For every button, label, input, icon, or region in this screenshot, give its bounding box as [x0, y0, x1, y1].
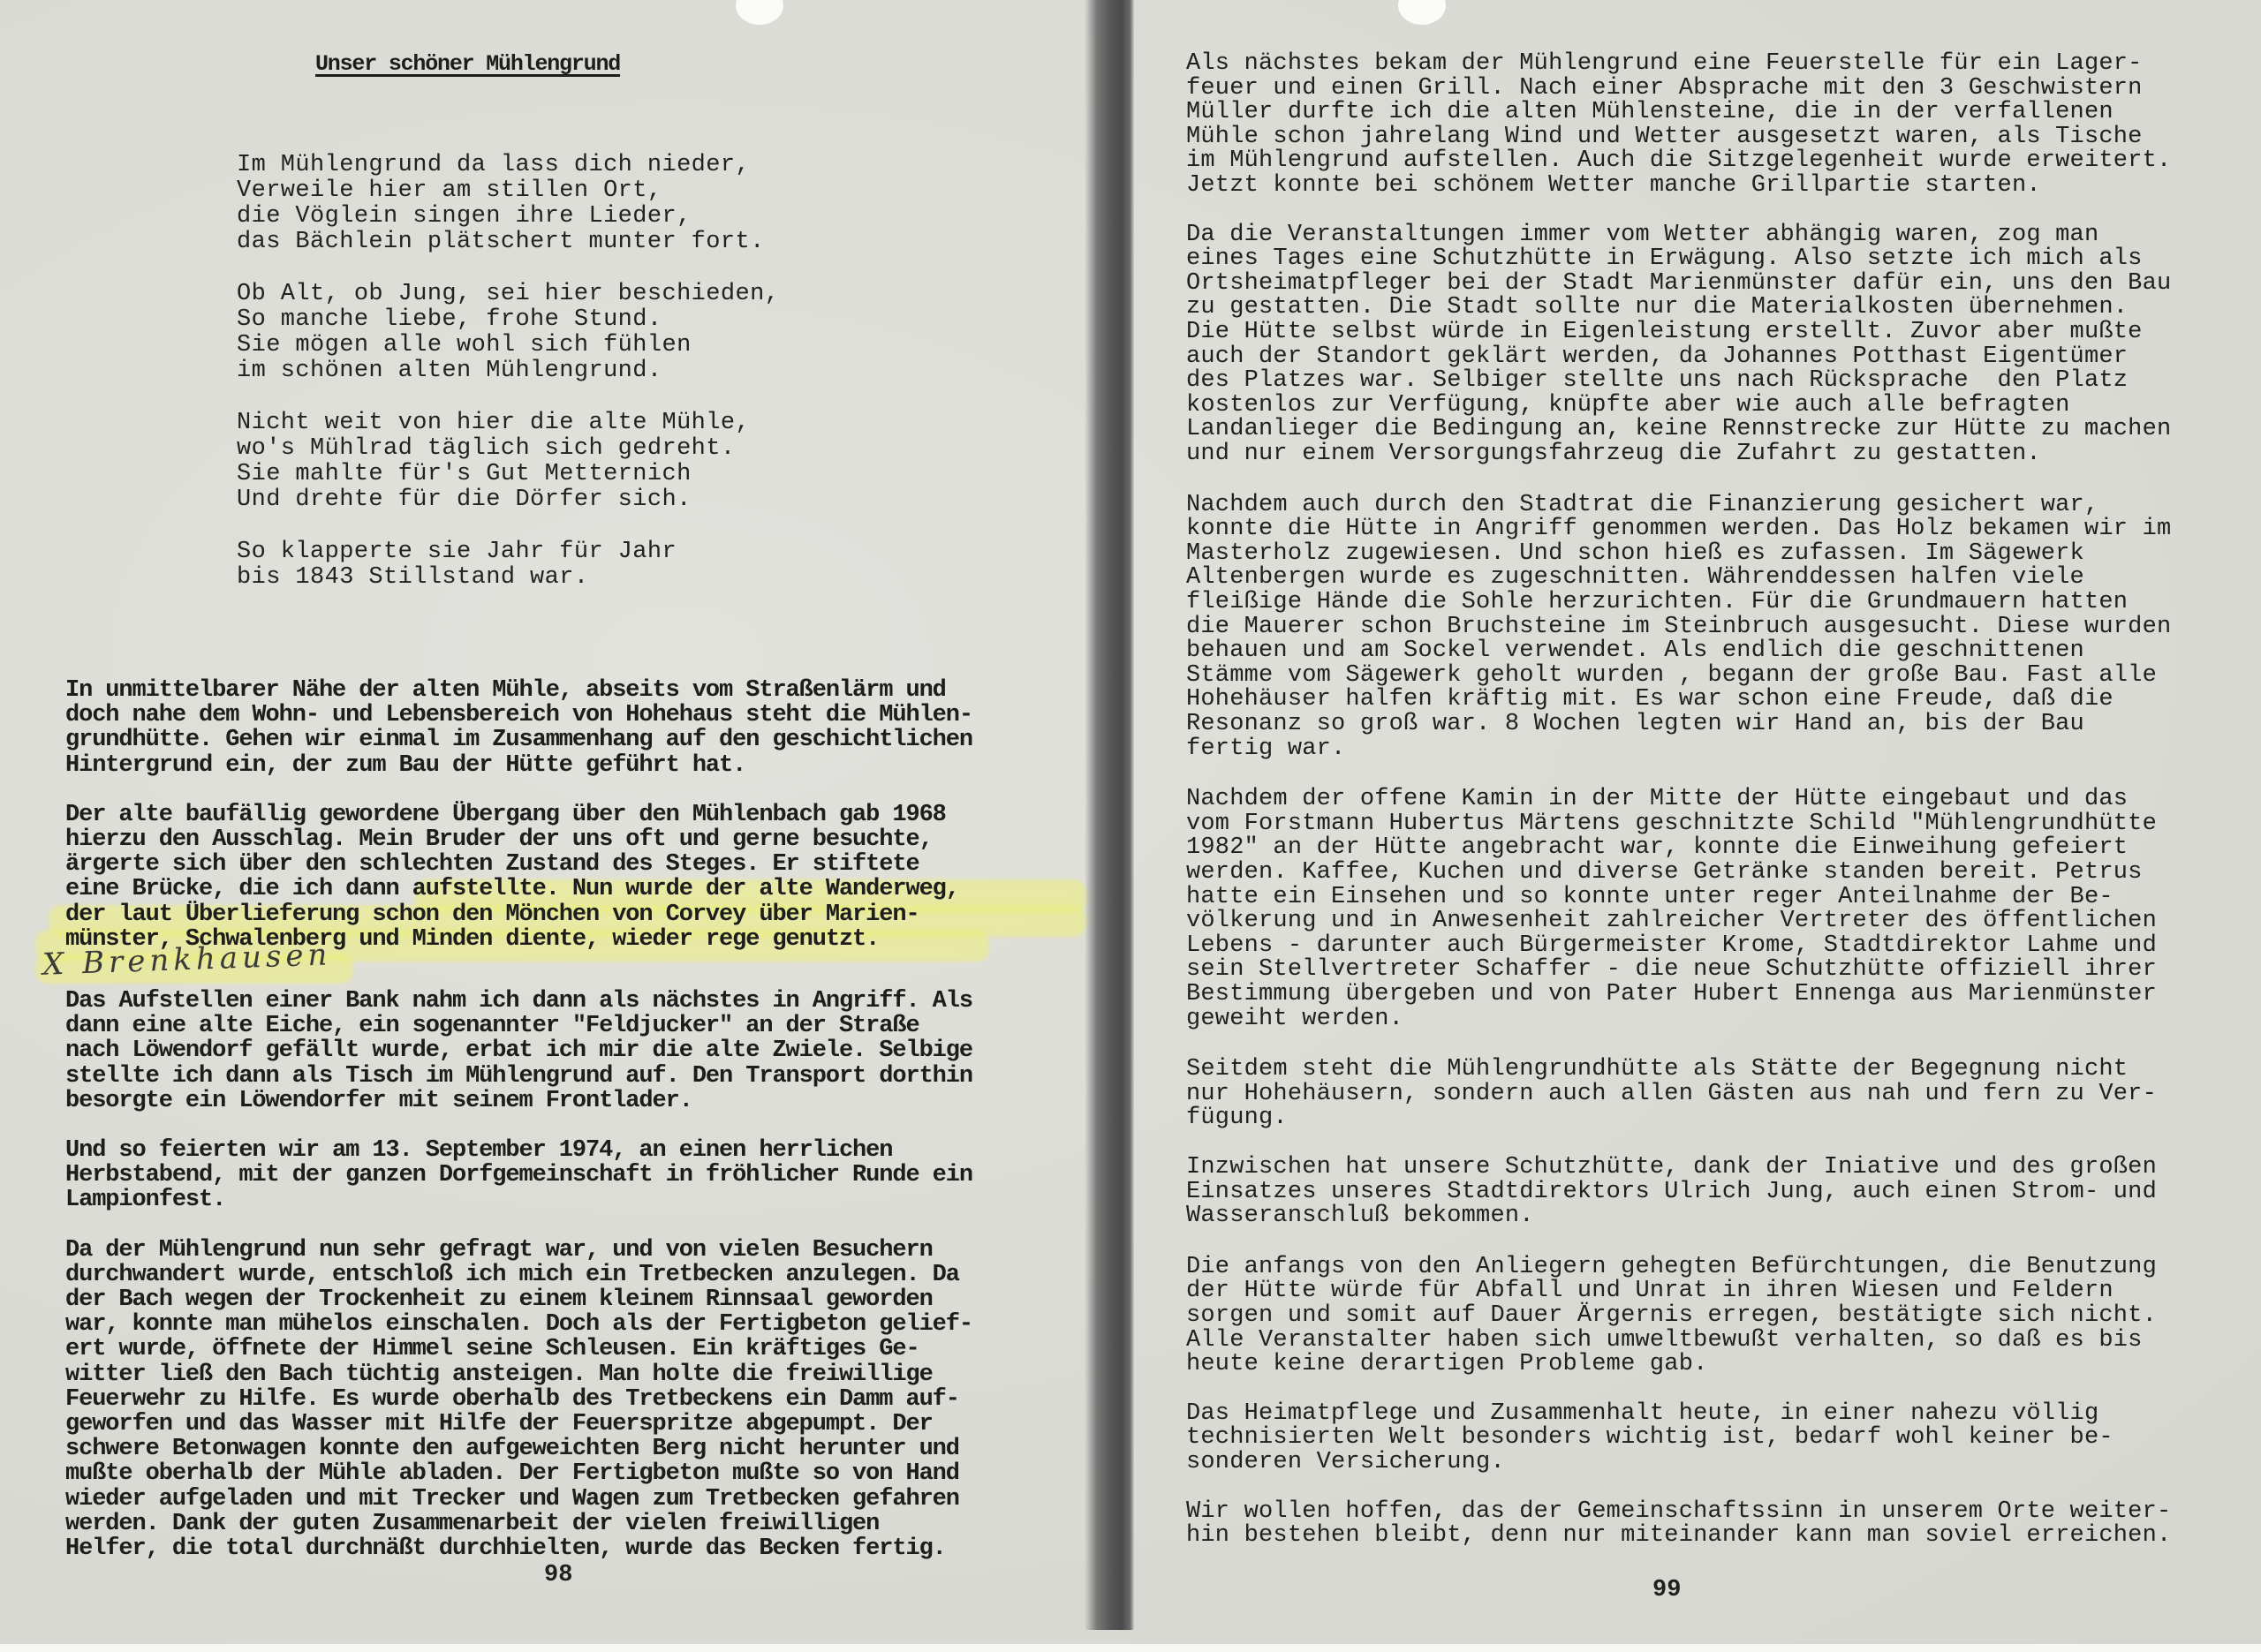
right-paragraph-line: eines Tages eine Schutzhütte in Erwägung… [1186, 245, 2143, 272]
poem-line: Im Mühlengrund da lass dich nieder, [237, 152, 750, 178]
right-paragraph-line: Da die Veranstaltungen immer vom Wetter … [1186, 222, 2098, 248]
left-paragraph-line: stellte ich dann als Tisch im Mühlengrun… [65, 1063, 972, 1090]
right-paragraph-line: vom Forstmann Hubertus Märtens geschnitz… [1186, 811, 2157, 837]
left-paragraph-line: Herbstabend, mit der ganzen Dorfgemeinsc… [65, 1162, 972, 1188]
right-paragraph-line: Inzwischen hat unsere Schutzhütte, dank … [1186, 1154, 2157, 1181]
poem-line: Und drehte für die Dörfer sich. [237, 487, 692, 513]
left-paragraph-line: eine Brücke, die ich dann aufstellte. Nu… [65, 876, 959, 902]
left-paragraph-line: dann eine alte Eiche, ein sogenannter "F… [65, 1013, 919, 1039]
page-left: Unser schöner Mühlengrund Im Mühlengrund… [0, 0, 1085, 1644]
page-number-right: 99 [1652, 1577, 1681, 1603]
right-paragraph-line: Die Hütte selbst würde in Eigenleistung … [1186, 319, 2143, 345]
left-paragraph-line: war, konnte man mühelos einschalen. Doch… [65, 1311, 972, 1338]
right-paragraph-line: technisierten Welt besonders wichtig ist… [1186, 1424, 2114, 1451]
right-paragraph-line: des Platzes war. Selbiger stellte uns na… [1186, 367, 2128, 394]
right-paragraph-line: Masterholz zugewiesen. Und schon hieß es… [1186, 540, 2084, 567]
right-paragraph-line: Als nächstes bekam der Mühlengrund eine … [1186, 50, 2143, 77]
right-paragraph-line: nur Hohehäusern, sondern auch allen Gäst… [1186, 1081, 2157, 1107]
right-paragraph-line: hatte ein Einsehen und so konnte unter r… [1186, 884, 2114, 910]
right-paragraph-line: Einsatzes unseres Stadtdirektors Ulrich … [1186, 1179, 2157, 1205]
poem-line: So manche liebe, frohe Stund. [237, 306, 662, 333]
page-number-left: 98 [544, 1562, 572, 1588]
left-paragraph-line: geworfen und das Wasser mit Hilfe der Fe… [65, 1411, 933, 1437]
right-paragraph-line: behauen und am Sockel verwendet. Als end… [1186, 637, 2084, 664]
left-paragraph-line: Das Aufstellen einer Bank nahm ich dann … [65, 988, 972, 1015]
scan-bottom-edge [0, 1644, 2261, 1652]
right-paragraph-line: Altenbergen wurde es zugeschnitten. Währ… [1186, 564, 2084, 591]
right-paragraph-line: geweiht werden. [1186, 1006, 1403, 1032]
right-paragraph-line: und nur einem Versorgungsfahrzeug die Zu… [1186, 441, 2041, 467]
left-paragraph-line: Der alte baufällig gewordene Übergang üb… [65, 802, 946, 828]
right-paragraph-line: der Hütte würde für Abfall und Unrat in … [1186, 1278, 2114, 1304]
poem-line: im schönen alten Mühlengrund. [237, 358, 662, 384]
left-paragraph-line: Lampionfest. [65, 1187, 225, 1213]
poem-line: das Bächlein plätschert munter fort. [237, 229, 765, 255]
left-paragraph-line: Und so feierten wir am 13. September 197… [65, 1137, 892, 1164]
right-paragraph-line: Landanlieger die Bedingung an, keine Ren… [1186, 416, 2171, 442]
right-paragraph-line: Seitdem steht die Mühlengrundhütte als S… [1186, 1056, 2128, 1082]
right-paragraph-line: Müller durfte ich die alten Mühlensteine… [1186, 99, 2114, 125]
right-paragraph-line: Mühle schon jahrelang Wind und Wetter au… [1186, 124, 2143, 150]
right-paragraph-line: zu gestatten. Die Stadt sollte nur die M… [1186, 294, 2128, 321]
left-paragraph-line: Hintergrund ein, der zum Bau der Hütte g… [65, 752, 745, 779]
poem-line: bis 1843 Stillstand war. [237, 564, 588, 591]
poem-line: die Vöglein singen ihre Lieder, [237, 203, 692, 230]
right-paragraph-line: die Mauerer schon Bruchsteine im Steinbr… [1186, 614, 2171, 640]
page-title: Unser schöner Mühlengrund [315, 51, 620, 77]
left-paragraph-line: Da der Mühlengrund nun sehr gefragt war,… [65, 1237, 933, 1264]
right-paragraph-line: werden. Kaffee, Kuchen und diverse Geträ… [1186, 859, 2143, 886]
right-paragraph-line: Wasseranschluß bekommen. [1186, 1203, 1534, 1229]
scanned-book-spread: Unser schöner Mühlengrund Im Mühlengrund… [0, 0, 2261, 1644]
left-paragraph-line: witter ließ den Bach tüchtig ansteigen. … [65, 1362, 933, 1388]
poem-line: Sie mahlte für's Gut Metternich [237, 461, 692, 487]
left-paragraph-line: werden. Dank der guten Zusammenarbeit de… [65, 1511, 879, 1537]
right-paragraph-line: sonderen Versicherung. [1186, 1449, 1505, 1475]
right-paragraph-line: Das Heimatpflege und Zusammenhalt heute,… [1186, 1400, 2098, 1427]
left-paragraph-line: mußte oberhalb der Mühle abladen. Der Fe… [65, 1460, 959, 1487]
right-paragraph-line: kostenlos zur Verfügung, knüpfte aber wi… [1186, 392, 2070, 419]
poem-line: Verweile hier am stillen Ort, [237, 177, 662, 204]
right-paragraph-line: sein Stellvertreter Schaffer - die neue … [1186, 956, 2157, 983]
left-paragraph-line: wieder aufgeladen und mit Trecker und Wa… [65, 1486, 959, 1512]
right-paragraph-line: 1982" an der Hütte angebracht war, konnt… [1186, 834, 2128, 861]
right-paragraph-line: Jetzt konnte bei schönem Wetter manche G… [1186, 172, 2041, 199]
right-paragraph-line: Ortsheimatpfleger bei der Stadt Marienmü… [1186, 270, 2171, 297]
right-paragraph-line: Bestimmung übergeben und von Pater Huber… [1186, 981, 2157, 1007]
left-paragraph-line: In unmittelbarer Nähe der alten Mühle, a… [65, 677, 946, 704]
right-paragraph-line: völkerung und in Anwesenheit zahlreicher… [1186, 908, 2157, 934]
right-paragraph-line: Lebens - darunter auch Bürgermeister Kro… [1186, 932, 2157, 959]
right-paragraph-line: konnte die Hütte in Angriff genommen wer… [1186, 516, 2171, 542]
poem-line: So klapperte sie Jahr für Jahr [237, 539, 677, 565]
poem-line: Nicht weit von hier die alte Mühle, [237, 410, 750, 436]
left-paragraph-line: grundhütte. Gehen wir einmal im Zusammen… [65, 727, 972, 753]
right-paragraph-line: sorgen und somit auf Dauer Ärgernis erre… [1186, 1302, 2157, 1329]
left-paragraph-line: ert wurde, öffnete der Himmel seine Schl… [65, 1336, 919, 1362]
left-paragraph-line: nach Löwendorf gefällt wurde, erbat ich … [65, 1037, 972, 1064]
right-paragraph-line: Wir wollen hoffen, das der Gemeinschafts… [1186, 1498, 2171, 1525]
right-paragraph-line: Nachdem der offene Kamin in der Mitte de… [1186, 786, 2128, 812]
left-paragraph-line: doch nahe dem Wohn- und Lebensbereich vo… [65, 702, 972, 728]
right-paragraph-line: fertig war. [1186, 735, 1345, 762]
right-paragraph-line: Nachdem auch durch den Stadtrat die Fina… [1186, 492, 2098, 518]
right-paragraph-line: Alle Veranstalter haben sich umweltbewuß… [1186, 1327, 2143, 1354]
right-paragraph-line: Die anfangs von den Anliegern gehegten B… [1186, 1254, 2157, 1280]
right-paragraph-line: fügung. [1186, 1105, 1288, 1131]
right-paragraph-line: feuer und einen Grill. Nach einer Abspra… [1186, 75, 2143, 102]
poem-line: Ob Alt, ob Jung, sei hier beschieden, [237, 281, 779, 307]
left-paragraph-line: Helfer, die total durchnäßt durchhielten… [65, 1535, 946, 1562]
poem-line: Sie mögen alle wohl sich fühlen [237, 332, 692, 358]
left-paragraph-line: Feuerwehr zu Hilfe. Es wurde oberhalb de… [65, 1386, 959, 1413]
left-paragraph-line: ärgerte sich über den schlechten Zustand… [65, 851, 919, 878]
right-paragraph-line: auch der Standort geklärt werden, da Joh… [1186, 343, 2128, 370]
right-paragraph-line: fleißige Hände die Sohle herzurichten. F… [1186, 589, 2128, 615]
left-paragraph-line: der Bach wegen der Trockenheit zu einem … [65, 1286, 933, 1313]
left-paragraph-line: durchwandert wurde, entschloß ich mich e… [65, 1262, 959, 1288]
page-right: Als nächstes bekam der Mühlengrund eine … [1134, 0, 2261, 1644]
right-paragraph-line: Hohehäuser halfen kräftig mit. Es war sc… [1186, 686, 2114, 713]
right-paragraph-line: hin bestehen bleibt, denn nur miteinande… [1186, 1522, 2171, 1549]
left-paragraph-line: schwere Betonwagen konnte den aufgeweich… [65, 1436, 959, 1462]
right-paragraph-line: im Mühlengrund aufstellen. Auch die Sitz… [1186, 147, 2171, 174]
right-paragraph-line: Stämme vom Sägewerk geholt wurden , bega… [1186, 662, 2157, 689]
left-paragraph-line: hierzu den Ausschlag. Mein Bruder der un… [65, 826, 933, 853]
right-paragraph-line: Resonanz so groß war. 8 Wochen legten wi… [1186, 711, 2084, 737]
poem-line: wo's Mühlrad täglich sich gedreht. [237, 435, 736, 462]
book-spine-shadow [1085, 0, 1134, 1630]
left-paragraph-line: besorgte ein Löwendorfer mit seinem Fron… [65, 1088, 692, 1114]
left-paragraph-line: der laut Überlieferung schon den Mönchen… [65, 901, 919, 928]
right-paragraph-line: heute keine derartigen Probleme gab. [1186, 1351, 1708, 1377]
